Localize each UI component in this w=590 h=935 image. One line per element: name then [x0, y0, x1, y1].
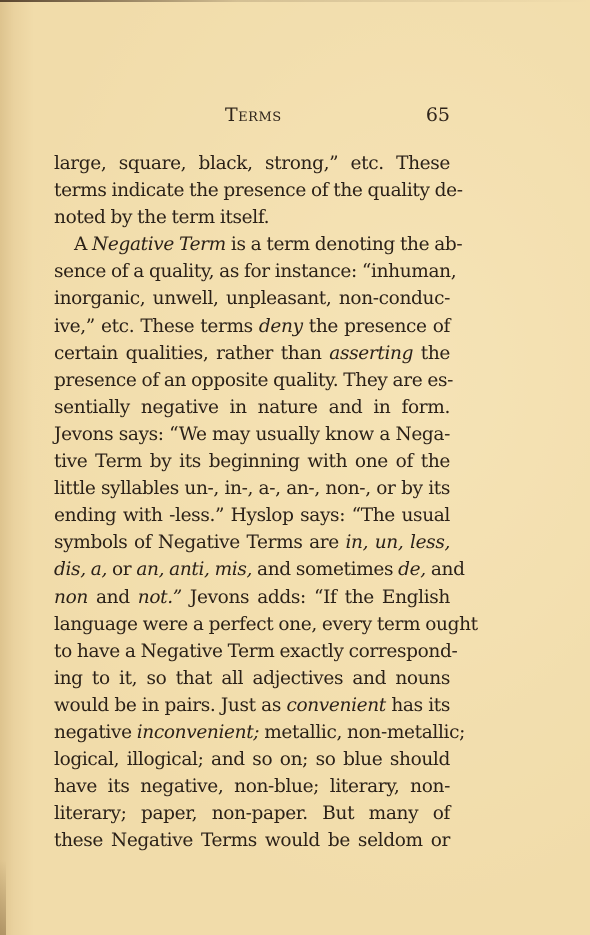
text-run: has its — [386, 695, 450, 716]
italic-text: non — [54, 587, 88, 608]
text-run: certain qualities, rather than — [54, 343, 329, 364]
text-line: negative inconvenient; metallic, non-met… — [54, 719, 450, 746]
text-line: ending with -less.” Hyslop says: “The us… — [54, 502, 450, 529]
page-binding-edge — [0, 860, 6, 935]
text-run: symbols of Negative Terms are — [54, 532, 345, 553]
text-run: these Negative Terms would be seldom or — [54, 830, 450, 851]
text-run: tive Term by its beginning with one of t… — [54, 451, 450, 472]
italic-text: convenient — [286, 695, 385, 716]
text-run: language were a perfect one, every term … — [54, 614, 478, 635]
text-line: literary; paper, non-paper. But many of — [54, 800, 450, 827]
text-run: would be in pairs. Just as — [54, 695, 286, 716]
text-line: Jevons says: “We may usually know a Nega… — [54, 421, 450, 448]
text-run: presence of an opposite quality. They ar… — [54, 370, 453, 391]
text-run: to have a Negative Term exactly correspo… — [54, 641, 457, 662]
text-line: non and not.” Jevons adds: “If the Engli… — [54, 584, 450, 611]
text-run: have its negative, non-blue; literary, n… — [54, 776, 450, 797]
text-line: ing to it, so that all adjectives and no… — [54, 665, 450, 692]
text-run: literary; paper, non-paper. But many of — [54, 803, 450, 824]
text-line: sence of a quality, as for instance: “in… — [54, 258, 450, 285]
text-line: symbols of Negative Terms are in, un, le… — [54, 529, 450, 556]
text-run: is a term denoting the ab- — [226, 234, 462, 255]
italic-text: an, anti, mis, — [136, 559, 252, 580]
text-line: to have a Negative Term exactly correspo… — [54, 638, 450, 665]
text-run: the presence of — [303, 316, 450, 337]
text-run: ending with -less.” Hyslop says: “The us… — [54, 505, 450, 526]
text-line: would be in pairs. Just as convenient ha… — [54, 692, 450, 719]
text-line: tive Term by its beginning with one of t… — [54, 448, 450, 475]
text-line: large, square, black, strong,” etc. Thes… — [54, 150, 450, 177]
text-run: A — [74, 234, 92, 255]
italic-text: inconvenient; — [137, 722, 259, 743]
text-line: presence of an opposite quality. They ar… — [54, 367, 450, 394]
text-run: metallic, non-metallic; — [259, 722, 465, 743]
text-line: certain qualities, rather than asserting… — [54, 340, 450, 367]
italic-text: Negative Term — [92, 234, 226, 255]
text-run: little syllables un-, in-, a-, an-, non-… — [54, 478, 450, 499]
text-line: language were a perfect one, every term … — [54, 611, 450, 638]
text-run: the — [413, 343, 450, 364]
page-number: 65 — [426, 104, 450, 126]
page-header: Terms 65 — [54, 104, 450, 132]
text-line: dis, a, or an, anti, mis, and sometimes … — [54, 556, 450, 583]
text-run: sentially negative in nature and in form… — [54, 397, 450, 418]
text-run: and — [426, 559, 465, 580]
text-line: ive,” etc. These terms deny the presence… — [54, 313, 450, 340]
italic-text: asserting — [329, 343, 413, 364]
text-run: inorganic, unwell, unpleasant, non-condu… — [54, 288, 450, 309]
text-line: A Negative Term is a term denoting the a… — [54, 231, 450, 258]
text-run: terms indicate the presence of the quali… — [54, 180, 463, 201]
text-run: sence of a quality, as for instance: “in… — [54, 261, 456, 282]
body-text: large, square, black, strong,” etc. Thes… — [54, 150, 450, 854]
italic-text: in, un, less, — [345, 532, 450, 553]
text-line: inorganic, unwell, unpleasant, non-condu… — [54, 285, 450, 312]
text-run: negative — [54, 722, 137, 743]
text-run: and — [88, 587, 138, 608]
text-run: Jevons adds: “If the English — [182, 587, 450, 608]
text-run: logical, illogical; and so on; so blue s… — [54, 749, 450, 770]
text-run: and sometimes — [252, 559, 398, 580]
text-run: large, square, black, strong,” etc. Thes… — [54, 153, 450, 174]
italic-text: de, — [398, 559, 426, 580]
text-run: Jevons says: “We may usually know a Nega… — [54, 424, 450, 445]
text-line: logical, illogical; and so on; so blue s… — [54, 746, 450, 773]
page-top-edge-shadow — [0, 0, 590, 2]
text-run: ing to it, so that all adjectives and no… — [54, 668, 450, 689]
text-line: little syllables un-, in-, a-, an-, non-… — [54, 475, 450, 502]
text-line: these Negative Terms would be seldom or — [54, 827, 450, 854]
running-head: Terms — [225, 104, 282, 126]
italic-text: deny — [259, 316, 303, 337]
text-line: have its negative, non-blue; literary, n… — [54, 773, 450, 800]
text-run: or — [107, 559, 136, 580]
text-line: sentially negative in nature and in form… — [54, 394, 450, 421]
text-run: noted by the term itself. — [54, 207, 269, 228]
text-line: terms indicate the presence of the quali… — [54, 177, 450, 204]
text-line: noted by the term itself. — [54, 204, 450, 231]
text-run: ive,” etc. These terms — [54, 316, 259, 337]
italic-text: not.” — [138, 587, 182, 608]
italic-text: dis, a, — [54, 559, 107, 580]
